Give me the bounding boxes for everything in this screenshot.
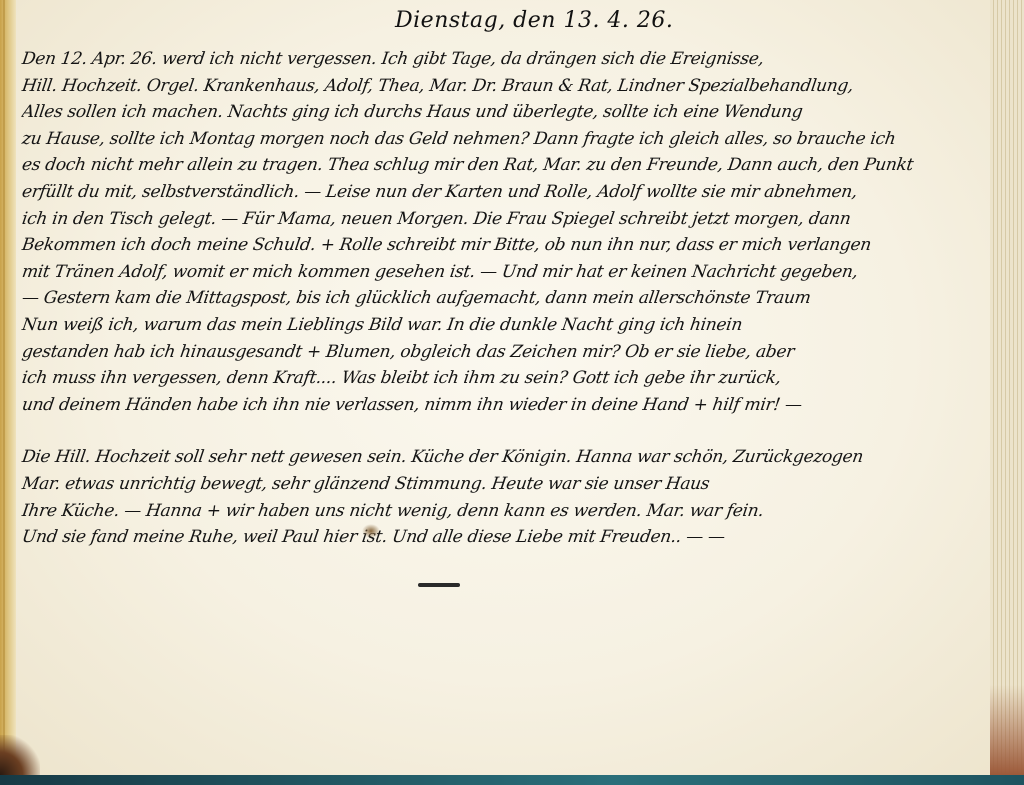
text-line: ich muss ihn vergessen, denn Kraft.... W…: [20, 365, 984, 392]
text-line: Hill. Hochzeit. Orgel. Krankenhaus, Adol…: [20, 73, 984, 100]
text-line: Ihre Küche. — Hanna + wir haben uns nich…: [20, 498, 984, 525]
text-line: Den 12. Apr. 26. werd ich nicht vergesse…: [20, 46, 984, 73]
book-gutter: [0, 0, 16, 775]
paragraph-gap: [22, 418, 982, 444]
text-line: Alles sollen ich machen. Nachts ging ich…: [20, 99, 984, 126]
text-line: es doch nicht mehr allein zu tragen. The…: [20, 152, 984, 179]
corner-stain: [0, 735, 40, 775]
gutter-line: [3, 0, 5, 775]
text-line: zu Hause, sollte ich Montag morgen noch …: [20, 126, 984, 153]
section-divider: [418, 583, 460, 587]
text-line: gestanden hab ich hinausgesandt + Blumen…: [20, 339, 984, 366]
text-line: erfüllt du mit, selbstverständlich. — Le…: [20, 179, 984, 206]
text-line: Nun weiß ich, warum das mein Lieblings B…: [20, 312, 984, 339]
text-line: mit Tränen Adolf, womit er mich kommen g…: [20, 259, 984, 286]
text-line: und deinem Händen habe ich ihn nie verla…: [20, 392, 984, 419]
page-stack-edges: [990, 0, 1024, 775]
diary-text: Den 12. Apr. 26. werd ich nicht vergesse…: [22, 46, 982, 551]
diary-page: Dienstag, den 13. 4. 26. Den 12. Apr. 26…: [0, 0, 1024, 775]
text-line: — Gestern kam die Mittagspost, bis ich g…: [20, 285, 984, 312]
ink-blot: [362, 524, 380, 538]
text-line: Und sie fand meine Ruhe, weil Paul hier …: [20, 524, 984, 551]
text-line: Mar. etwas unrichtig bewegt, sehr glänze…: [20, 471, 984, 498]
text-line: ich in den Tisch gelegt. — Für Mama, neu…: [20, 206, 984, 233]
entry-date-heading: Dienstag, den 13. 4. 26.: [395, 8, 673, 33]
text-line: Bekommen ich doch meine Schuld. + Rolle …: [20, 232, 984, 259]
text-line: Die Hill. Hochzeit soll sehr nett gewese…: [20, 444, 984, 471]
scan-background-strip: [0, 775, 1024, 785]
